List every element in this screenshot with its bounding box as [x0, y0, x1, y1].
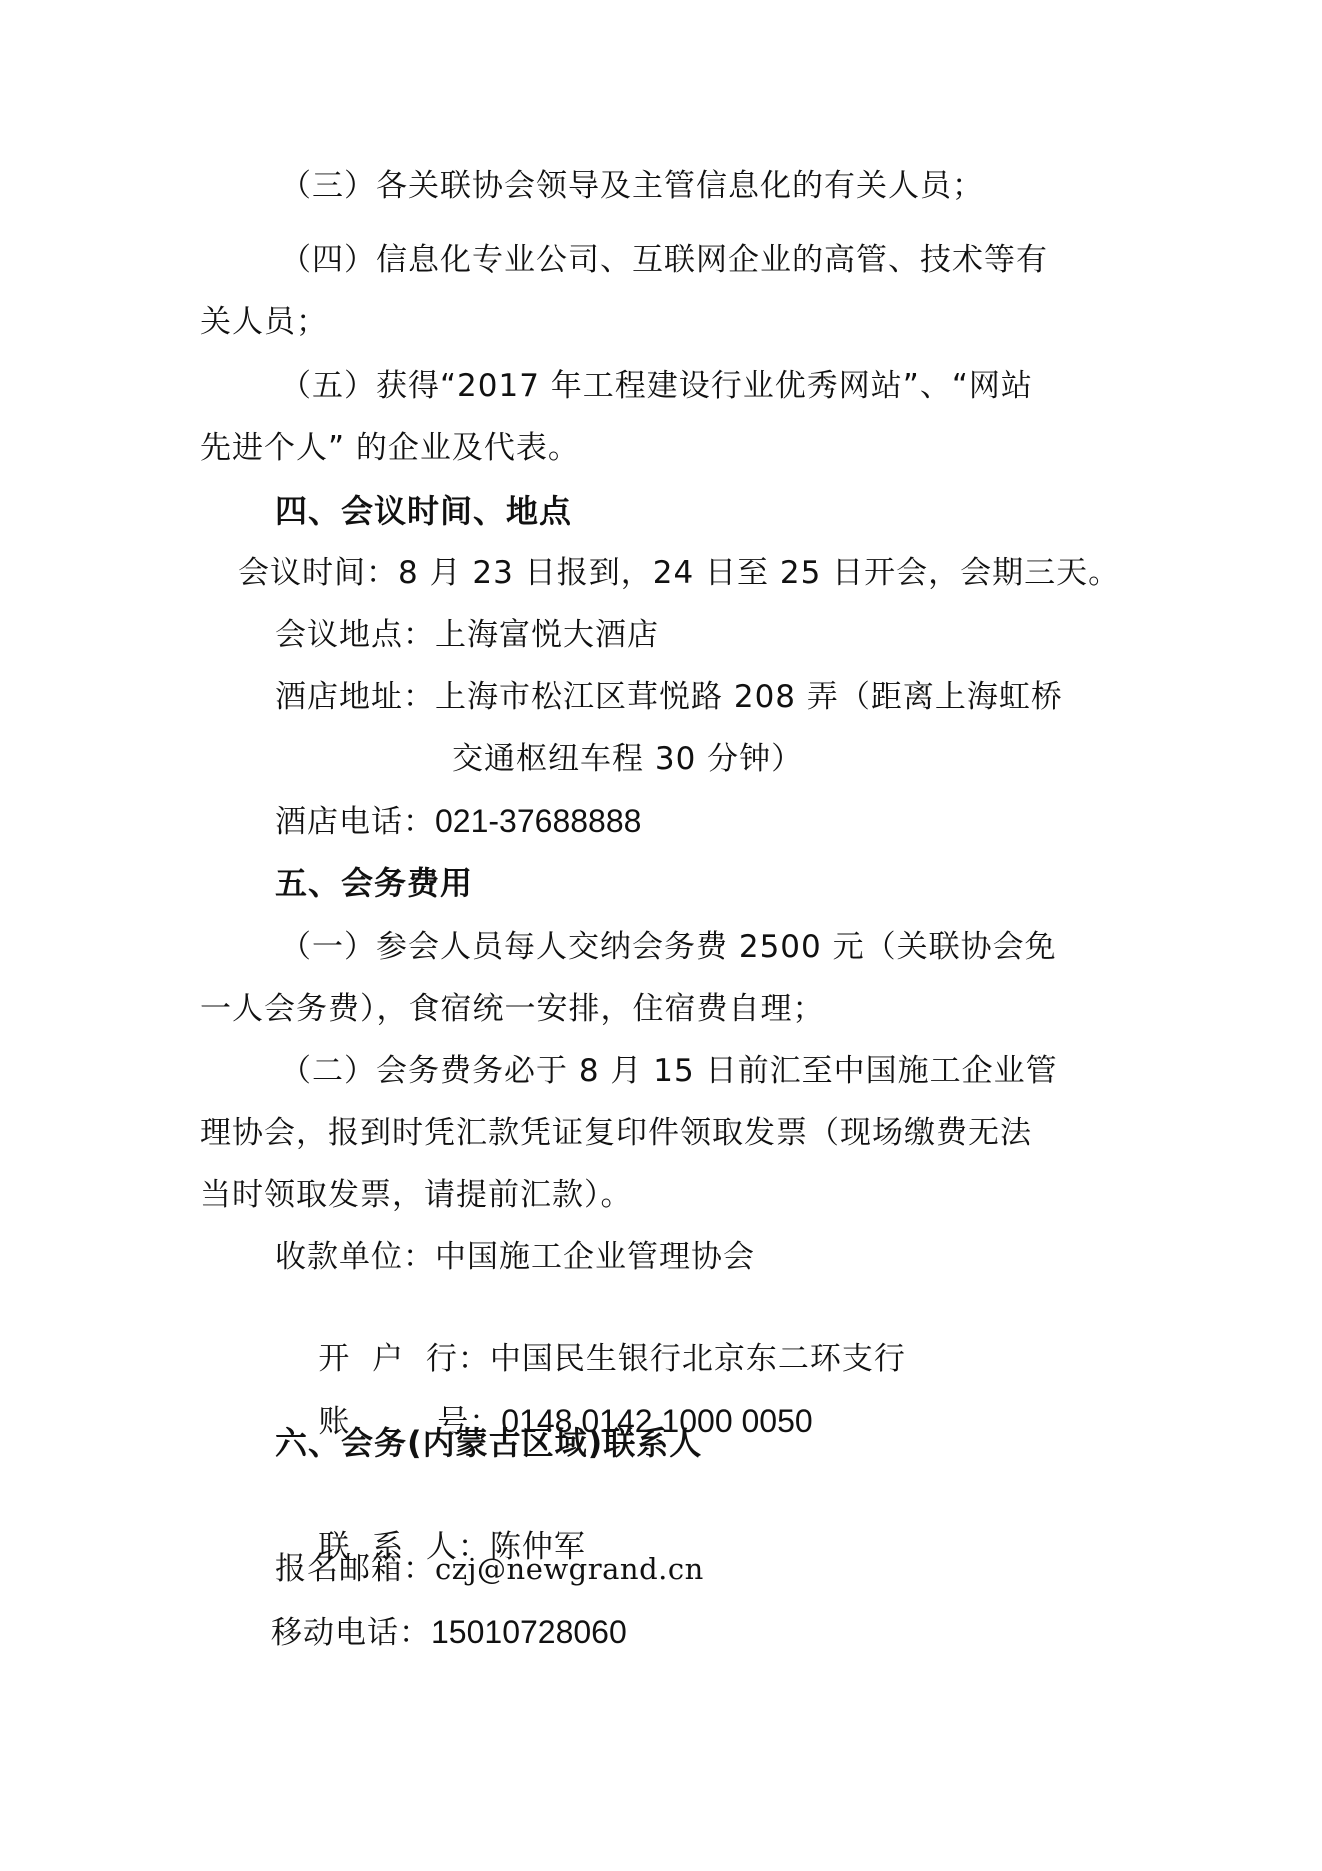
mobile-phone: 移动电话：15010728060 — [271, 1612, 627, 1653]
hotel-address-label: 酒店地址： — [275, 679, 435, 715]
attendee-item-5-line1: （五）获得“2017 年工程建设行业优秀网站”、“网站 — [280, 366, 1033, 406]
hotel-address-value-line1: 上海市松江区茸悦路 208 弄（距离上海虹桥 — [435, 679, 1063, 715]
section-6-heading: 六、会务(内蒙古区域)联系人 — [275, 1423, 702, 1463]
hotel-address: 酒店地址：上海市松江区茸悦路 208 弄（距离上海虹桥 — [275, 677, 1063, 717]
registration-email-value[interactable]: czj@newgrand.cn — [435, 1552, 704, 1586]
meeting-time-label: 会议时间： — [238, 555, 398, 591]
meeting-time-value: 8 月 23 日报到，24 日至 25 日开会，会期三天。 — [398, 555, 1120, 591]
attendee-item-4-line1: （四）信息化专业公司、互联网企业的高管、技术等有 — [280, 240, 1048, 280]
attendee-item-3: （三）各关联协会领导及主管信息化的有关人员； — [280, 166, 984, 206]
mobile-phone-value: 15010728060 — [431, 1614, 627, 1650]
fee-item-1-line1: （一）参会人员每人交纳会务费 2500 元（关联协会免 — [280, 927, 1057, 967]
fee-item-2-line2: 理协会，报到时凭汇款凭证复印件领取发票（现场缴费无法 — [200, 1113, 1032, 1153]
hotel-phone: 酒店电话：021-37688888 — [275, 801, 641, 842]
mobile-phone-label: 移动电话： — [271, 1615, 431, 1651]
registration-email: 报名邮箱：czj@newgrand.cn — [275, 1549, 704, 1589]
account: 账 号：0148 0142 1000 0050 — [275, 1361, 813, 1482]
contact-person: 联 系 人：陈仲军 — [275, 1487, 586, 1607]
payee: 收款单位：中国施工企业管理协会 — [275, 1237, 755, 1277]
meeting-venue: 会议地点：上海富悦大酒店 — [275, 615, 659, 655]
document-page: （三）各关联协会领导及主管信息化的有关人员； （四）信息化专业公司、互联网企业的… — [0, 0, 1322, 1871]
meeting-venue-label: 会议地点： — [275, 617, 435, 653]
fee-item-1-line2: 一人会务费），食宿统一安排，住宿费自理； — [200, 989, 825, 1029]
payee-value: 中国施工企业管理协会 — [435, 1239, 755, 1275]
meeting-time: 会议时间：8 月 23 日报到，24 日至 25 日开会，会期三天。 — [238, 553, 1120, 593]
registration-email-label: 报名邮箱： — [275, 1551, 435, 1587]
attendee-item-5-line2: 先进个人” 的企业及代表。 — [200, 428, 580, 468]
attendee-item-4-line2: 关人员； — [200, 302, 328, 342]
fee-item-2-line3: 当时领取发票，请提前汇款）。 — [200, 1175, 633, 1215]
fee-item-2-line1: （二）会务费务必于 8 月 15 日前汇至中国施工企业管 — [280, 1051, 1058, 1091]
payee-label: 收款单位： — [275, 1239, 435, 1275]
section-5-heading: 五、会务费用 — [275, 863, 473, 903]
hotel-phone-value: 021-37688888 — [435, 803, 641, 839]
hotel-phone-label: 酒店电话： — [275, 804, 435, 840]
section-4-heading: 四、会议时间、地点 — [275, 491, 572, 531]
meeting-venue-value: 上海富悦大酒店 — [435, 617, 659, 653]
hotel-address-value-line2: 交通枢纽车程 30 分钟） — [452, 739, 803, 779]
